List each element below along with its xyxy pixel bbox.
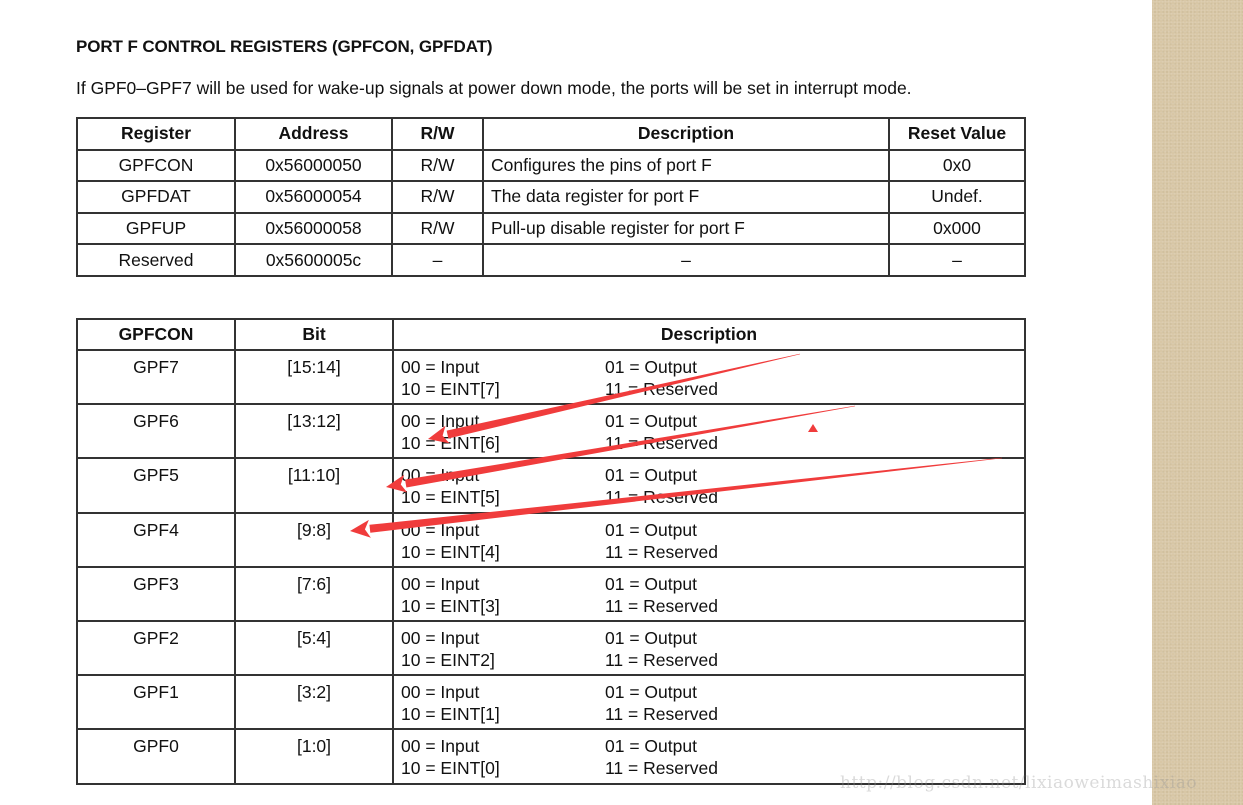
cell-description: 00 = Input01 = Output10 = EINT2]11 = Res… [393,621,1025,675]
option-01: 01 = Output [605,681,697,703]
option-00: 00 = Input [401,681,605,703]
cell-reset-value: 0x0 [889,150,1025,182]
cell-register: GPFCON [77,150,235,182]
cell-bit: [13:12] [235,404,393,458]
option-01: 01 = Output [605,356,697,378]
cell-description: 00 = Input01 = Output10 = EINT[4]11 = Re… [393,513,1025,567]
header-register: Register [77,118,235,150]
cell-address: 0x56000058 [235,213,392,245]
option-01: 01 = Output [605,519,697,541]
table-row: GPFDAT 0x56000054 R/W The data register … [77,181,1025,213]
option-00: 00 = Input [401,410,605,432]
cell-register: GPFUP [77,213,235,245]
option-11: 11 = Reserved [605,757,718,779]
option-00: 00 = Input [401,627,605,649]
header-bit: Bit [235,319,393,350]
option-line: 10 = EINT[7]11 = Reserved [401,378,1024,400]
option-10: 10 = EINT[7] [401,378,605,400]
cell-address: 0x56000054 [235,181,392,213]
option-line: 00 = Input01 = Output [401,627,1024,649]
option-line: 10 = EINT[3]11 = Reserved [401,595,1024,617]
option-10: 10 = EINT[0] [401,757,605,779]
table-row: GPF1[3:2]00 = Input01 = Output10 = EINT[… [77,675,1025,729]
register-table: Register Address R/W Description Reset V… [76,117,1026,277]
cell-reset-value: 0x000 [889,213,1025,245]
table-row: GPF3[7:6]00 = Input01 = Output10 = EINT[… [77,567,1025,621]
option-11: 11 = Reserved [605,486,718,508]
option-10: 10 = EINT2] [401,649,605,671]
cell-reset-value: Undef. [889,181,1025,213]
header-rw: R/W [392,118,483,150]
option-11: 11 = Reserved [605,703,718,725]
cell-pin: GPF5 [77,458,235,512]
option-01: 01 = Output [605,735,697,757]
cell-register: Reserved [77,244,235,276]
cell-description: 00 = Input01 = Output10 = EINT[1]11 = Re… [393,675,1025,729]
header-address: Address [235,118,392,150]
cell-description: 00 = Input01 = Output10 = EINT[5]11 = Re… [393,458,1025,512]
cell-bit: [15:14] [235,350,393,404]
table-row: GPF4[9:8]00 = Input01 = Output10 = EINT[… [77,513,1025,567]
cell-pin: GPF3 [77,567,235,621]
cell-reset-value: – [889,244,1025,276]
cell-register: GPFDAT [77,181,235,213]
option-line: 00 = Input01 = Output [401,464,1024,486]
section-title: PORT F CONTROL REGISTERS (GPFCON, GPFDAT… [76,37,493,57]
cell-rw: R/W [392,213,483,245]
option-line: 00 = Input01 = Output [401,410,1024,432]
option-10: 10 = EINT[1] [401,703,605,725]
option-line: 00 = Input01 = Output [401,681,1024,703]
option-line: 10 = EINT2]11 = Reserved [401,649,1024,671]
cell-address: 0x5600005c [235,244,392,276]
gpfcon-bit-table: GPFCON Bit Description GPF7[15:14]00 = I… [76,318,1026,785]
cell-pin: GPF6 [77,404,235,458]
cell-pin: GPF4 [77,513,235,567]
cell-address: 0x56000050 [235,150,392,182]
option-10: 10 = EINT[4] [401,541,605,563]
cell-bit: [11:10] [235,458,393,512]
header-description: Description [483,118,889,150]
cell-pin: GPF7 [77,350,235,404]
option-01: 01 = Output [605,573,697,595]
cell-description: Configures the pins of port F [483,150,889,182]
option-00: 00 = Input [401,735,605,757]
table-row: Reserved 0x5600005c – – – [77,244,1025,276]
option-11: 11 = Reserved [605,378,718,400]
option-10: 10 = EINT[6] [401,432,605,454]
cell-description: – [483,244,889,276]
cell-rw: R/W [392,181,483,213]
cell-rw: R/W [392,150,483,182]
option-11: 11 = Reserved [605,595,718,617]
table-row: GPF7[15:14]00 = Input01 = Output10 = EIN… [77,350,1025,404]
cell-description: 00 = Input01 = Output10 = EINT[3]11 = Re… [393,567,1025,621]
cell-pin: GPF0 [77,729,235,783]
table-row: GPF5[11:10]00 = Input01 = Output10 = EIN… [77,458,1025,512]
option-line: 10 = EINT[4]11 = Reserved [401,541,1024,563]
option-11: 11 = Reserved [605,649,718,671]
cell-description: Pull-up disable register for port F [483,213,889,245]
cell-bit: [3:2] [235,675,393,729]
option-line: 10 = EINT[1]11 = Reserved [401,703,1024,725]
header-gpfcon: GPFCON [77,319,235,350]
cell-bit: [9:8] [235,513,393,567]
option-10: 10 = EINT[3] [401,595,605,617]
option-line: 00 = Input01 = Output [401,735,1024,757]
option-line: 10 = EINT[6]11 = Reserved [401,432,1024,454]
background-side-panel [1152,0,1243,805]
cell-pin: GPF1 [77,675,235,729]
option-10: 10 = EINT[5] [401,486,605,508]
intro-paragraph: If GPF0–GPF7 will be used for wake-up si… [76,78,912,99]
option-01: 01 = Output [605,464,697,486]
cell-description: 00 = Input01 = Output10 = EINT[7]11 = Re… [393,350,1025,404]
table-header-row: GPFCON Bit Description [77,319,1025,350]
option-line: 00 = Input01 = Output [401,519,1024,541]
header-description: Description [393,319,1025,350]
option-00: 00 = Input [401,519,605,541]
cell-pin: GPF2 [77,621,235,675]
option-line: 10 = EINT[5]11 = Reserved [401,486,1024,508]
table-row: GPFUP 0x56000058 R/W Pull-up disable reg… [77,213,1025,245]
table-row: GPF2[5:4]00 = Input01 = Output10 = EINT2… [77,621,1025,675]
table-row: GPFCON 0x56000050 R/W Configures the pin… [77,150,1025,182]
option-line: 00 = Input01 = Output [401,573,1024,595]
table-row: GPF6[13:12]00 = Input01 = Output10 = EIN… [77,404,1025,458]
option-11: 11 = Reserved [605,432,718,454]
header-reset-value: Reset Value [889,118,1025,150]
cell-bit: [5:4] [235,621,393,675]
option-00: 00 = Input [401,464,605,486]
option-01: 01 = Output [605,410,697,432]
cell-bit: [1:0] [235,729,393,783]
option-line: 00 = Input01 = Output [401,356,1024,378]
cell-description: 00 = Input01 = Output10 = EINT[6]11 = Re… [393,404,1025,458]
table-header-row: Register Address R/W Description Reset V… [77,118,1025,150]
watermark: http://blog.csdn.net/lixiaoweimashixiao [840,773,1197,793]
cell-rw: – [392,244,483,276]
option-11: 11 = Reserved [605,541,718,563]
option-00: 00 = Input [401,356,605,378]
cell-bit: [7:6] [235,567,393,621]
option-01: 01 = Output [605,627,697,649]
cell-description: The data register for port F [483,181,889,213]
option-00: 00 = Input [401,573,605,595]
